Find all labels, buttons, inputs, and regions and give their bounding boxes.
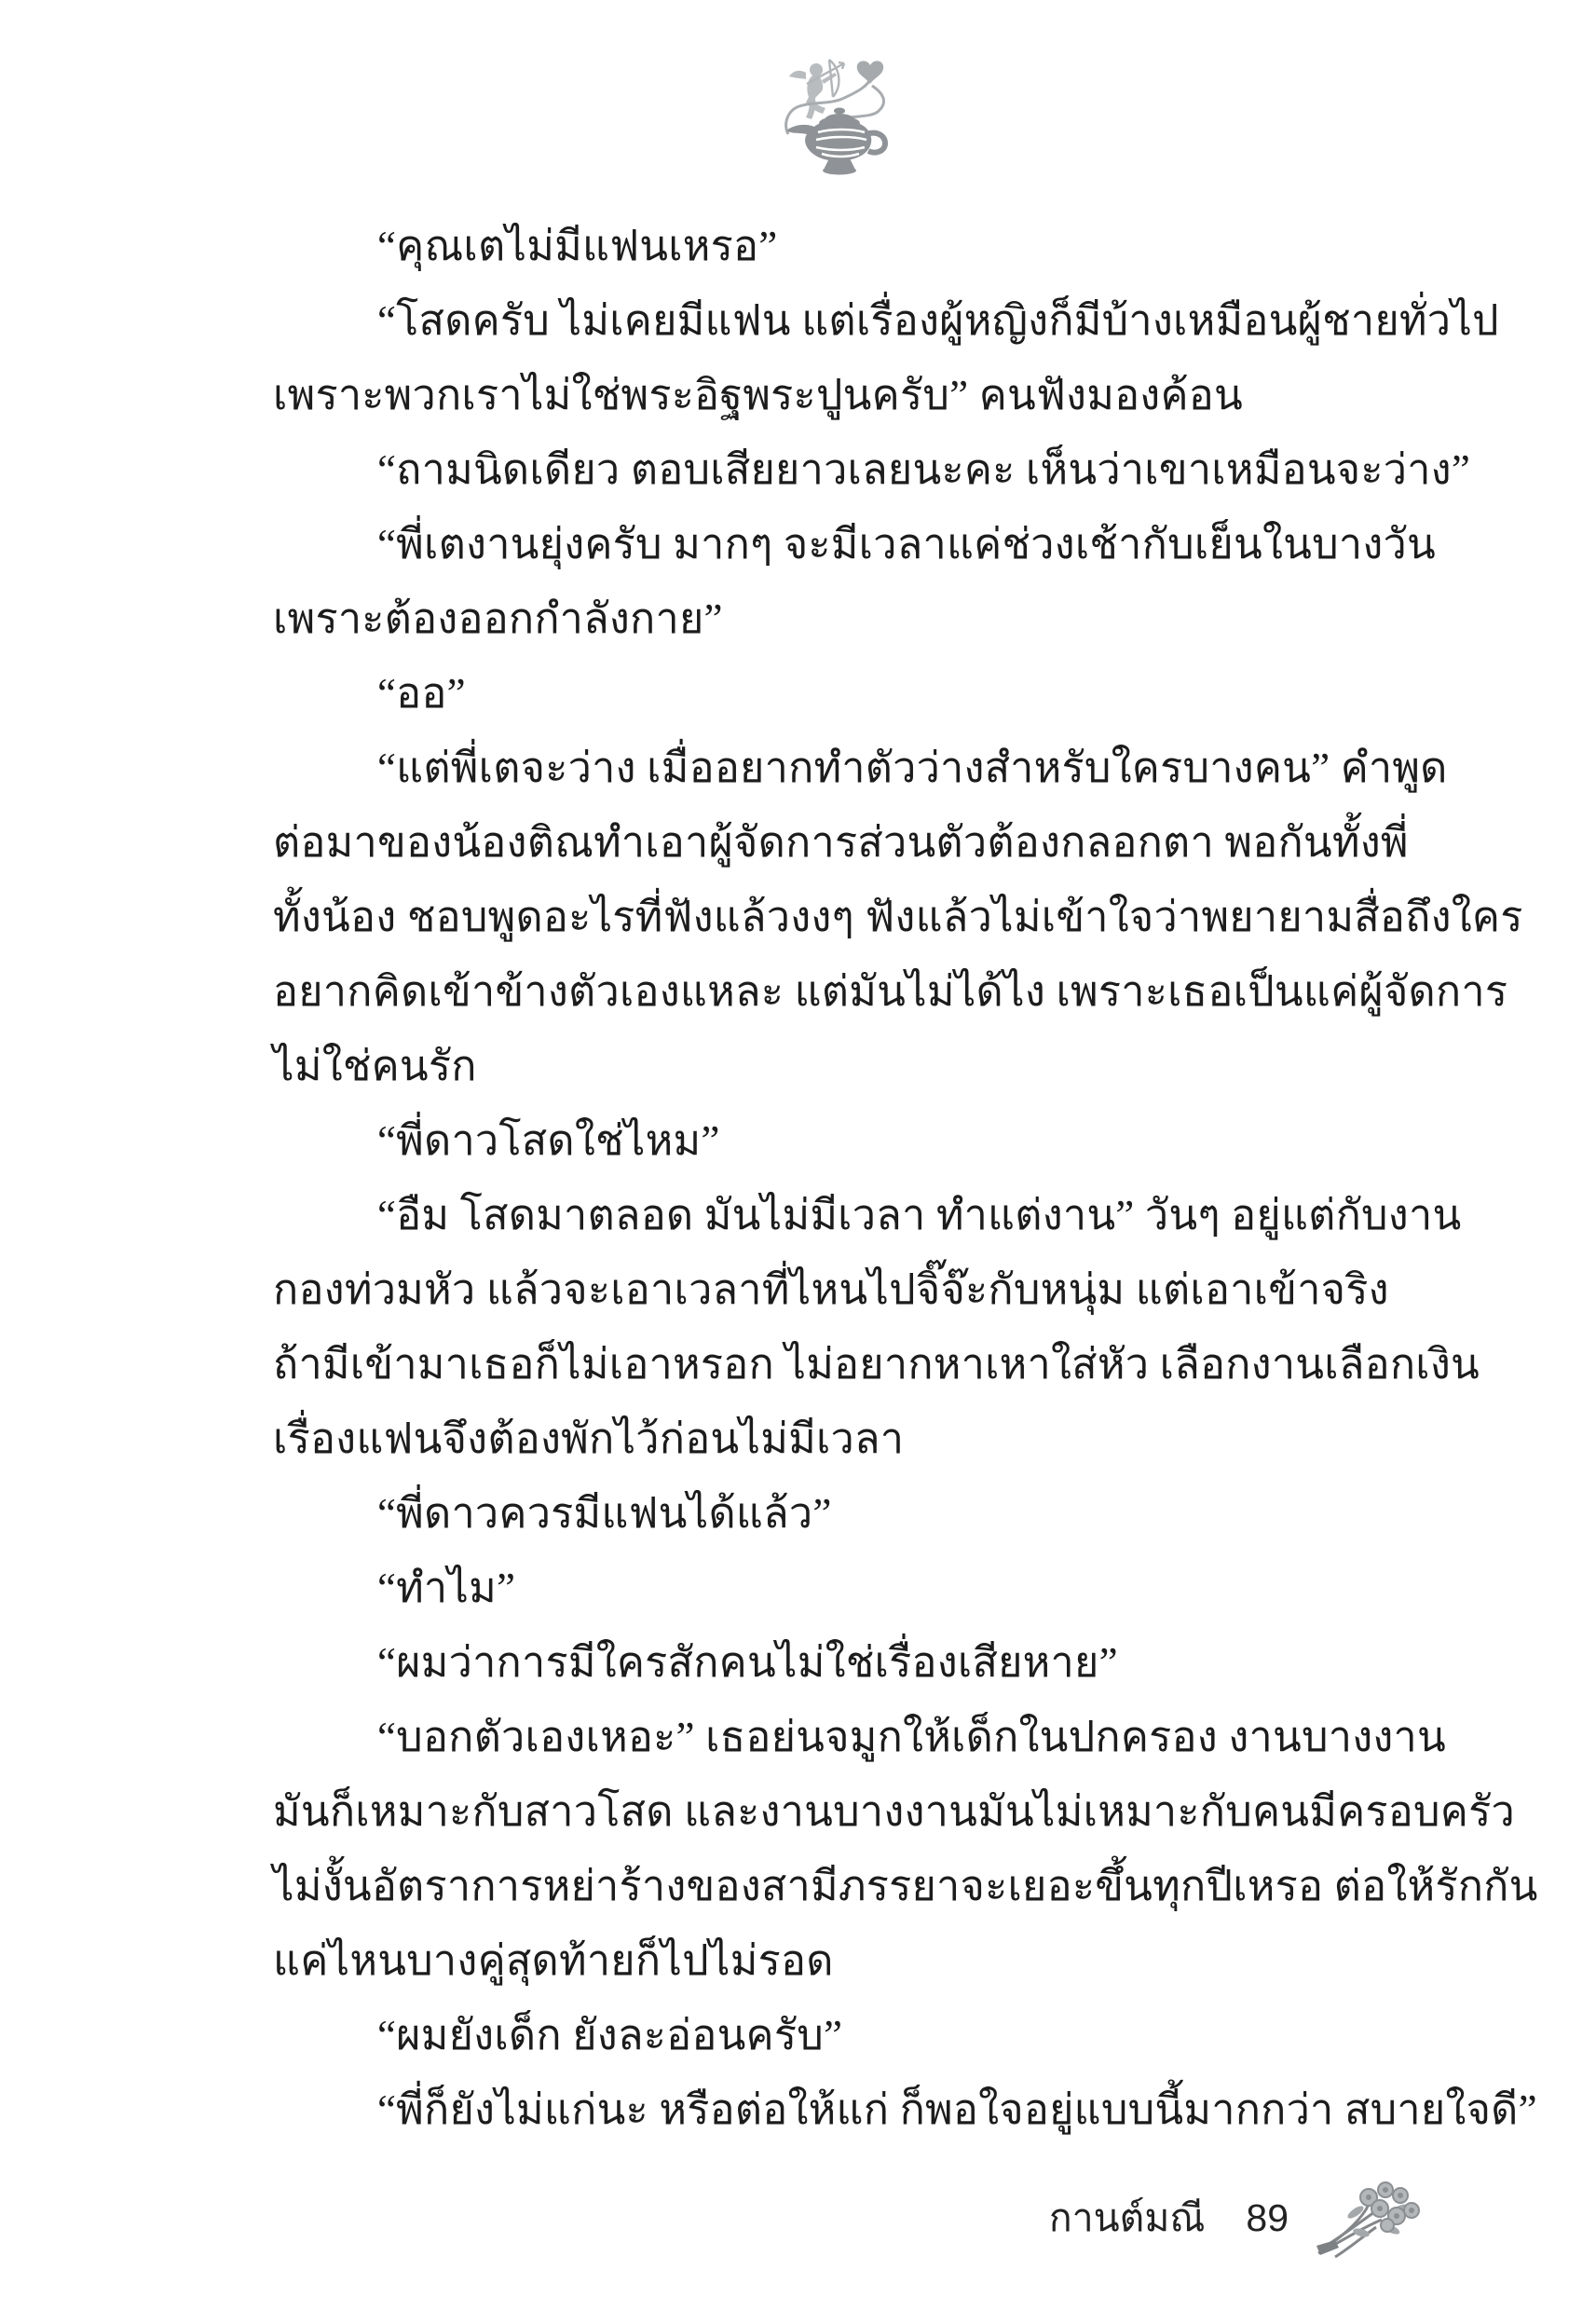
text-line: “บอกตัวเองเหอะ” เธอย่นจมูกให้เด็กในปกครอ… xyxy=(273,1700,1432,1774)
text-line: ไม่ใช่คนรัก xyxy=(273,1029,1432,1103)
text-line: “โสดครับ ไม่เคยมีแฟน แต่เรื่องผู้หญิงก็ม… xyxy=(273,283,1432,358)
text-line: มันก็เหมาะกับสาวโสด และงานบางงานมันไม่เห… xyxy=(273,1774,1432,1849)
text-line: “ผมยังเด็ก ยังละอ่อนครับ” xyxy=(273,1998,1432,2072)
text-line: “ทำไม” xyxy=(273,1551,1432,1625)
text-line: ต่อมาของน้องติณทำเอาผู้จัดการส่วนตัวต้อง… xyxy=(273,805,1432,880)
genie-lamp xyxy=(786,108,885,175)
text-line: “ถามนิดเดียว ตอบเสียยาวเลยนะคะ เห็นว่าเข… xyxy=(273,432,1432,507)
page-number: 89 xyxy=(1246,2181,1289,2255)
text-line: เรื่องแฟนจึงต้องพักไว้ก่อนไม่มีเวลา xyxy=(273,1402,1432,1476)
book-page: “คุณเตไม่มีแฟนเหรอ”“โสดครับ ไม่เคยมีแฟน … xyxy=(0,0,1596,2311)
text-line: ถ้ามีเข้ามาเธอก็ไม่เอาหรอก ไม่อยากหาเหาใ… xyxy=(273,1327,1432,1402)
text-line: เพราะพวกเราไม่ใช่พระอิฐพระปูนครับ” คนฟัง… xyxy=(273,358,1432,432)
text-line: “พี่ดาวโสดใช่ไหม” xyxy=(273,1103,1432,1178)
text-line: แค่ไหนบางคู่สุดท้ายก็ไปไม่รอด xyxy=(273,1923,1432,1998)
text-line: “พี่ก็ยังไม่แก่นะ หรือต่อให้แก่ ก็พอใจอย… xyxy=(273,2072,1432,2147)
text-line: “พี่ดาวควรมีแฟนได้แล้ว” xyxy=(273,1476,1432,1551)
text-line: “คุณเตไม่มีแฟนเหรอ” xyxy=(273,209,1432,283)
text-line: “ออ” xyxy=(273,656,1432,731)
text-line: เพราะต้องออกกำลังกาย” xyxy=(273,581,1432,656)
page-text: “คุณเตไม่มีแฟนเหรอ”“โสดครับ ไม่เคยมีแฟน … xyxy=(273,209,1432,2147)
book-title: กานต์มณี xyxy=(1049,2181,1206,2255)
text-line: อยากคิดเข้าข้างตัวเองแหละ แต่มันไม่ได้ไง… xyxy=(273,954,1432,1029)
text-line: “พี่เตงานยุ่งครับ มากๆ จะมีเวลาแค่ช่วงเช… xyxy=(273,507,1432,581)
heart-icon xyxy=(857,61,883,84)
text-line: ทั้งน้อง ชอบพูดอะไรที่ฟังแล้วงงๆ ฟังแล้ว… xyxy=(273,880,1432,954)
text-line: ไม่งั้นอัตราการหย่าร้างของสามีภรรยาจะเยอ… xyxy=(273,1849,1432,1923)
text-line: “แต่พี่เตจะว่าง เมื่ออยากทำตัวว่างสำหรับ… xyxy=(273,731,1432,805)
text-line: “ผมว่าการมีใครสักคนไม่ใช่เรื่องเสียหาย” xyxy=(273,1625,1432,1700)
cupid-genie-lamp-ornament-icon xyxy=(781,54,900,177)
flower-bouquet-icon xyxy=(1307,2171,1430,2264)
text-line: “อืม โสดมาตลอด มันไม่มีเวลา ทำแต่งาน” วั… xyxy=(273,1178,1432,1252)
page-footer: กานต์มณี 89 xyxy=(0,2171,1596,2274)
text-line: กองท่วมหัว แล้วจะเอาเวลาที่ไหนไปจิ๊จ๊ะกั… xyxy=(273,1252,1432,1327)
